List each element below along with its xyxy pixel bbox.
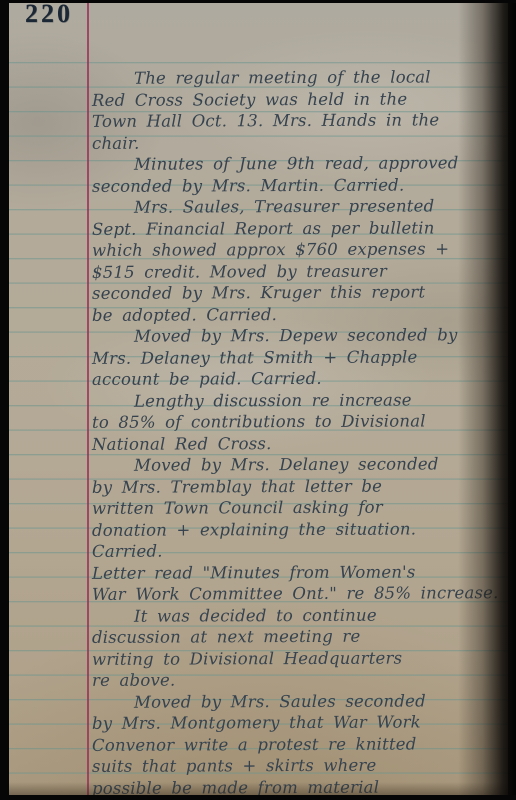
handwriting-line: suits that pants + skirts where — [92, 754, 506, 777]
handwriting-line: written Town Council asking for — [92, 496, 506, 519]
handwriting-line: Moved by Mrs. Delaney seconded — [92, 453, 506, 476]
handwriting-line: War Work Committee Ont." re 85% increase… — [92, 582, 506, 605]
handwriting-line: Town Hall Oct. 13. Mrs. Hands in the — [92, 109, 506, 132]
handwriting-line: which showed approx $760 expenses + — [92, 238, 506, 261]
handwriting-line: Convenor write a protest re knitted — [92, 733, 506, 756]
handwriting-line: Carried. — [92, 539, 506, 562]
scan-edge-top — [0, 0, 516, 3]
handwriting-line: by Mrs. Montgomery that War Work — [92, 711, 506, 734]
handwriting-line: to 85% of contributions to Divisional — [92, 410, 506, 433]
handwriting-line: Red Cross Society was held in the — [92, 88, 506, 111]
handwriting-line: Mrs. Saules, Treasurer presented — [92, 195, 506, 218]
handwriting-line: chair. — [92, 131, 506, 154]
handwriting-line: be adopted. Carried. — [92, 303, 506, 326]
minutes-text: The regular meeting of the localRed Cros… — [92, 67, 506, 798]
scan-edge-left — [0, 0, 9, 800]
handwriting-line: seconded by Mrs. Martin. Carried. — [92, 174, 506, 197]
handwriting-line: seconded by Mrs. Kruger this report — [92, 281, 506, 304]
handwriting-line: account be paid. Carried. — [92, 367, 506, 390]
handwriting-line: $515 credit. Moved by treasurer — [92, 260, 506, 283]
handwriting-line: by Mrs. Tremblay that letter be — [92, 475, 506, 498]
page-number-stamp: 220 — [25, 0, 73, 28]
handwriting-line: discussion at next meeting re — [92, 625, 506, 648]
handwriting-line: re above. — [92, 668, 506, 691]
handwriting-line: donation + explaining the situation. — [92, 518, 506, 541]
page-bottom-shadow — [8, 782, 508, 796]
scan-edge-right — [458, 0, 516, 800]
handwriting-line: Mrs. Delaney that Smith + Chapple — [92, 346, 506, 369]
margin-rule-line — [87, 3, 89, 795]
scan-edge-bottom — [0, 795, 516, 800]
handwriting-line: Moved by Mrs. Depew seconded by — [92, 324, 506, 347]
handwriting-line: It was decided to continue — [92, 604, 506, 627]
scanned-ledger-page: 220 The regular meeting of the localRed … — [0, 0, 516, 800]
handwriting-line: Sept. Financial Report as per bulletin — [92, 217, 506, 240]
handwriting-line: Moved by Mrs. Saules seconded — [92, 690, 506, 713]
handwriting-line: National Red Cross. — [92, 432, 506, 455]
handwriting-line: The regular meeting of the local — [92, 66, 506, 89]
handwriting-line: Letter read "Minutes from Women's — [92, 561, 506, 584]
handwriting-line: writing to Divisional Headquarters — [92, 647, 506, 670]
handwriting-line: Lengthy discussion re increase — [92, 389, 506, 412]
handwriting-line: Minutes of June 9th read, approved — [92, 152, 506, 175]
